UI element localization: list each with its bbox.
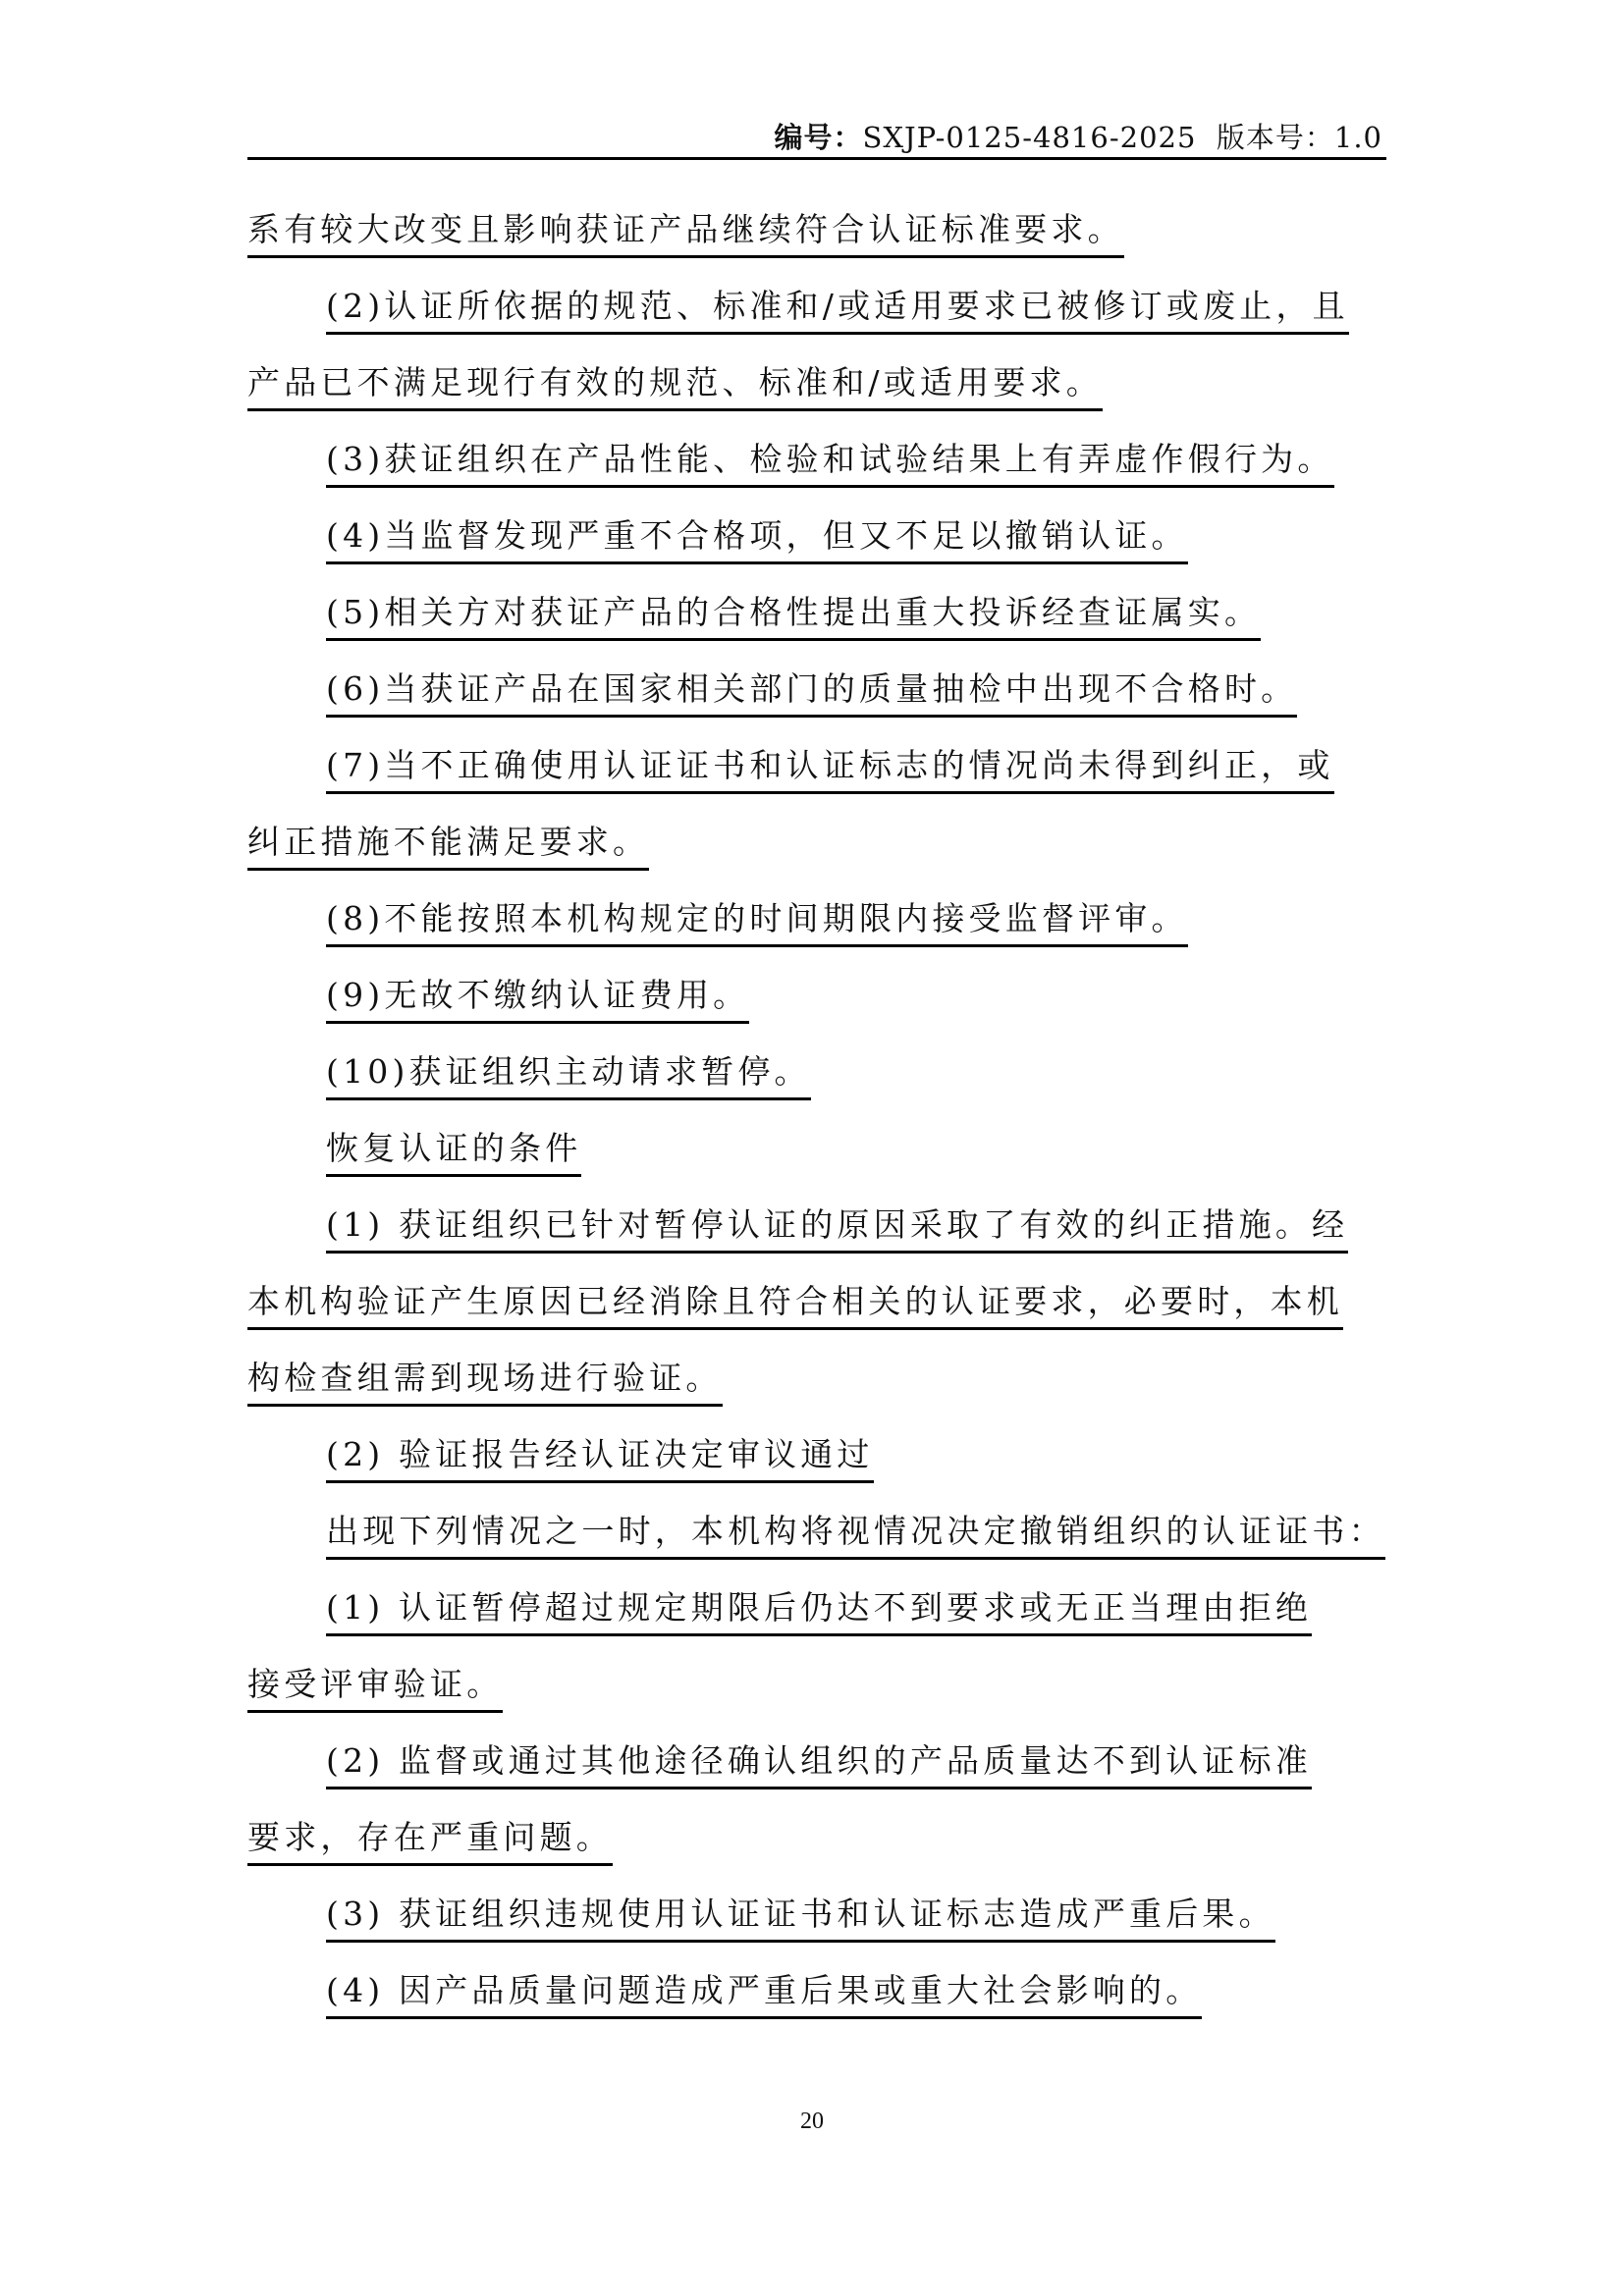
text-line: 纠正措施不能满足要求。 bbox=[247, 821, 1386, 897]
underlined-text: 系有较大改变且影响获证产品继续符合认证标准要求。 bbox=[247, 208, 1124, 258]
underlined-text: (2) 监督或通过其他途径确认组织的产品质量达不到认证标准 bbox=[326, 1739, 1312, 1789]
text-line: (4)当监督发现严重不合格项，但又不足以撤销认证。 bbox=[247, 514, 1386, 591]
underlined-text: 恢复认证的条件 bbox=[326, 1127, 581, 1177]
text-line: (2) 监督或通过其他途径确认组织的产品质量达不到认证标准 bbox=[247, 1739, 1386, 1816]
underlined-text: 接受评审验证。 bbox=[247, 1663, 503, 1713]
underlined-text: (5)相关方对获证产品的合格性提出重大投诉经查证属实。 bbox=[326, 591, 1261, 641]
code-label: 编号： bbox=[775, 121, 863, 154]
underlined-text: (2)认证所依据的规范、标准和/或适用要求已被修订或废止，且 bbox=[326, 285, 1349, 335]
underlined-text: 构检查组需到现场进行验证。 bbox=[247, 1357, 723, 1407]
document-body: 系有较大改变且影响获证产品继续符合认证标准要求。(2)认证所依据的规范、标准和/… bbox=[247, 208, 1386, 2046]
text-line: 出现下列情况之一时，本机构将视情况决定撤销组织的认证证书： bbox=[247, 1510, 1386, 1586]
underlined-text: (10)获证组织主动请求暂停。 bbox=[326, 1050, 811, 1100]
underlined-text: (6)当获证产品在国家相关部门的质量抽检中出现不合格时。 bbox=[326, 667, 1297, 718]
text-line: 系有较大改变且影响获证产品继续符合认证标准要求。 bbox=[247, 208, 1386, 285]
underlined-text: 本机构验证产生原因已经消除且符合相关的认证要求，必要时，本机 bbox=[247, 1280, 1343, 1330]
text-line: (3)获证组织在产品性能、检验和试验结果上有弄虚作假行为。 bbox=[247, 438, 1386, 514]
underlined-text: 产品已不满足现行有效的规范、标准和/或适用要求。 bbox=[247, 361, 1103, 411]
underlined-text: 出现下列情况之一时，本机构将视情况决定撤销组织的认证证书： bbox=[326, 1510, 1385, 1560]
text-line: (1) 获证组织已针对暂停认证的原因采取了有效的纠正措施。经 bbox=[247, 1203, 1386, 1280]
text-line: 要求，存在严重问题。 bbox=[247, 1816, 1386, 1893]
underlined-text: (7)当不正确使用认证证书和认证标志的情况尚未得到纠正，或 bbox=[326, 744, 1334, 794]
version-label: 版本号： bbox=[1217, 121, 1334, 154]
text-line: 构检查组需到现场进行验证。 bbox=[247, 1357, 1386, 1433]
text-line: (3) 获证组织违规使用认证证书和认证标志造成严重后果。 bbox=[247, 1893, 1386, 1969]
underlined-text: (1) 认证暂停超过规定期限后仍达不到要求或无正当理由拒绝 bbox=[326, 1586, 1312, 1636]
text-line: (8)不能按照本机构规定的时间期限内接受监督评审。 bbox=[247, 897, 1386, 974]
underlined-text: (2) 验证报告经认证决定审议通过 bbox=[326, 1433, 874, 1483]
underlined-text: (3) 获证组织违规使用认证证书和认证标志造成严重后果。 bbox=[326, 1893, 1275, 1943]
code-value: SXJP-0125-4816-2025 bbox=[863, 121, 1197, 154]
underlined-text: 要求，存在严重问题。 bbox=[247, 1816, 613, 1866]
underlined-text: (3)获证组织在产品性能、检验和试验结果上有弄虚作假行为。 bbox=[326, 438, 1334, 488]
underlined-text: (4) 因产品质量问题造成严重后果或重大社会影响的。 bbox=[326, 1969, 1202, 2019]
text-line: 接受评审验证。 bbox=[247, 1663, 1386, 1739]
text-line: (4) 因产品质量问题造成严重后果或重大社会影响的。 bbox=[247, 1969, 1386, 2046]
text-line: (2)认证所依据的规范、标准和/或适用要求已被修订或废止，且 bbox=[247, 285, 1386, 361]
text-line: 恢复认证的条件 bbox=[247, 1127, 1386, 1203]
version-value: 1.0 bbox=[1334, 121, 1382, 154]
text-line: (2) 验证报告经认证决定审议通过 bbox=[247, 1433, 1386, 1510]
underlined-text: 纠正措施不能满足要求。 bbox=[247, 821, 649, 871]
text-line: (5)相关方对获证产品的合格性提出重大投诉经查证属实。 bbox=[247, 591, 1386, 667]
text-line: 产品已不满足现行有效的规范、标准和/或适用要求。 bbox=[247, 361, 1386, 438]
text-line: (10)获证组织主动请求暂停。 bbox=[247, 1050, 1386, 1127]
text-line: (1) 认证暂停超过规定期限后仍达不到要求或无正当理由拒绝 bbox=[247, 1586, 1386, 1663]
page-number: 20 bbox=[0, 2109, 1624, 2135]
underlined-text: (9)无故不缴纳认证费用。 bbox=[326, 974, 749, 1024]
text-line: (6)当获证产品在国家相关部门的质量抽检中出现不合格时。 bbox=[247, 667, 1386, 744]
text-line: 本机构验证产生原因已经消除且符合相关的认证要求，必要时，本机 bbox=[247, 1280, 1386, 1357]
page-header: 编号：SXJP-0125-4816-2025 版本号：1.0 bbox=[247, 110, 1386, 160]
underlined-text: (1) 获证组织已针对暂停认证的原因采取了有效的纠正措施。经 bbox=[326, 1203, 1348, 1254]
text-line: (7)当不正确使用认证证书和认证标志的情况尚未得到纠正，或 bbox=[247, 744, 1386, 821]
underlined-text: (8)不能按照本机构规定的时间期限内接受监督评审。 bbox=[326, 897, 1188, 947]
text-line: (9)无故不缴纳认证费用。 bbox=[247, 974, 1386, 1050]
document-id: 编号：SXJP-0125-4816-2025 版本号：1.0 bbox=[775, 116, 1382, 156]
underlined-text: (4)当监督发现严重不合格项，但又不足以撤销认证。 bbox=[326, 514, 1188, 564]
